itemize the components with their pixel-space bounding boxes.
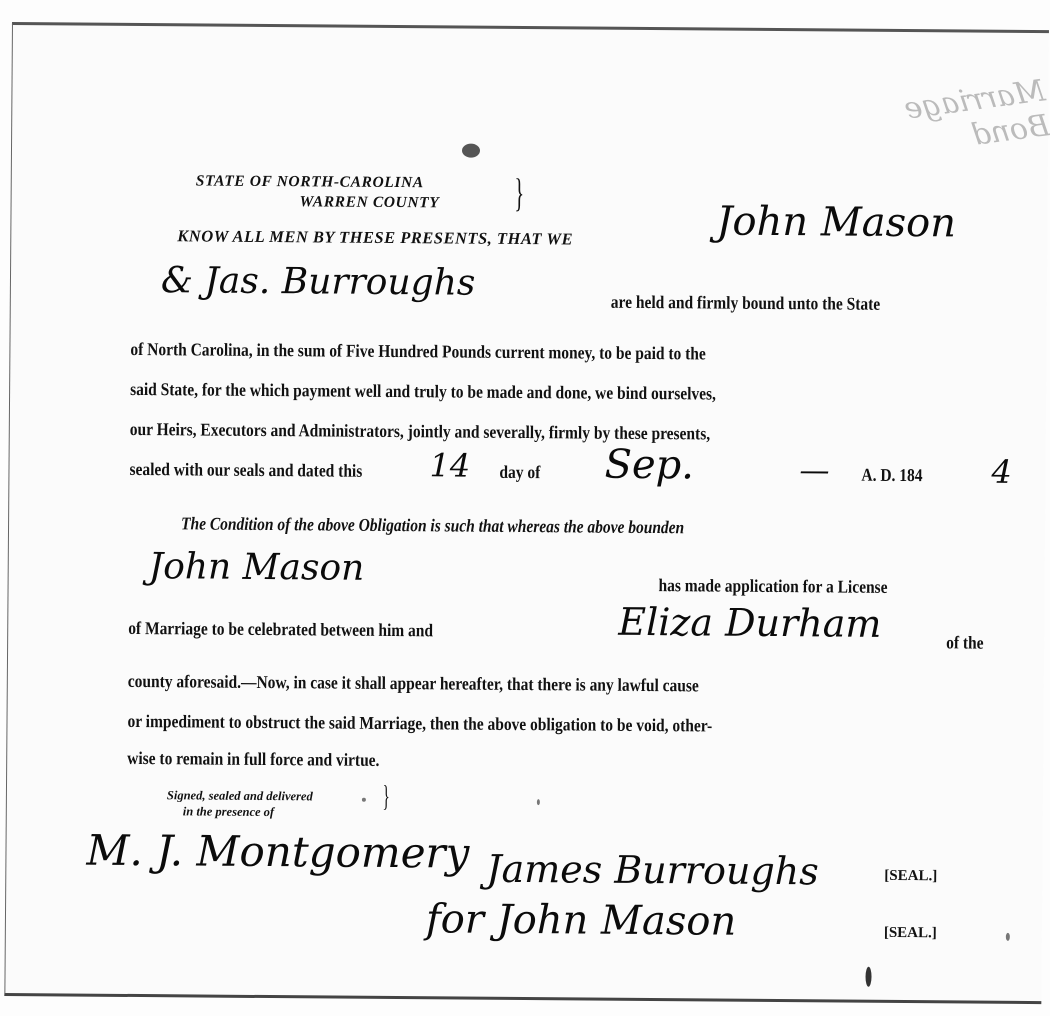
ink-speck	[362, 798, 366, 802]
county-heading: WARREN COUNTY	[300, 193, 440, 212]
condition-line-3: of Marriage to be celebrated between him…	[128, 618, 433, 641]
condition-line-5: or impediment to obstruct the said Marri…	[127, 711, 712, 737]
bond-line-5-year: A. D. 184	[861, 465, 922, 486]
bond-line-4: our Heirs, Executors and Administrators,…	[130, 419, 710, 445]
seal-label-2: [SEAL.]	[884, 925, 937, 942]
date-day-handwritten: 14	[429, 446, 470, 484]
bond-line-3: said State, for the which payment well a…	[130, 379, 716, 405]
condition-line-1: The Condition of the above Obligation is…	[181, 513, 684, 538]
witness-label-1: Signed, sealed and delivered	[167, 788, 313, 804]
obligor-signature-john-mason: John Mason	[716, 199, 956, 247]
bleed-through-writing: Marriage Bond	[829, 73, 1050, 171]
witness-brace: }	[382, 780, 389, 814]
bond-line-5-start: sealed with our seals and dated this	[129, 459, 362, 482]
signature-james-burroughs: James Burroughs	[486, 847, 819, 894]
condition-line-2: has made application for a License	[659, 575, 888, 598]
bond-line-1: are held and firmly bound unto the State	[611, 292, 881, 315]
date-month-handwritten: Sep.	[604, 442, 694, 489]
heading-brace: }	[514, 169, 524, 216]
witness-signature: M. J. Montgomery	[86, 826, 469, 878]
state-heading: STATE OF NORTH-CAROLINA	[196, 172, 424, 192]
bride-name-handwritten: Eliza Durham	[618, 600, 881, 646]
ink-speck	[537, 799, 540, 805]
condition-line-6: wise to remain in full force and virtue.	[127, 748, 379, 771]
bond-line-2: of North Carolina, in the sum of Five Hu…	[130, 339, 706, 365]
intro-text: KNOW ALL MEN BY THESE PRESENTS, THAT WE	[177, 226, 573, 249]
ink-speck	[1006, 933, 1010, 941]
condition-line-3-end: of the	[946, 632, 984, 653]
date-year-digit-handwritten: 4	[991, 453, 1012, 491]
bond-line-5-dayof: day of	[499, 462, 540, 483]
signature-for-john-mason: for John Mason	[426, 896, 737, 944]
seal-label-1: [SEAL.]	[884, 868, 937, 885]
obligor-signature-jas-burroughs: & Jas. Burroughs	[161, 260, 476, 303]
groom-signature-handwritten: John Mason	[149, 546, 365, 589]
ink-blot	[865, 967, 871, 987]
witness-label-2: in the presence of	[183, 804, 274, 820]
marriage-bond-document: Marriage Bond STATE OF NORTH-CAROLINA WA…	[4, 22, 1049, 1004]
condition-line-4: county aforesaid.—Now, in case it shall …	[128, 671, 699, 696]
ink-blot	[462, 144, 480, 158]
date-dash: —	[799, 453, 829, 488]
